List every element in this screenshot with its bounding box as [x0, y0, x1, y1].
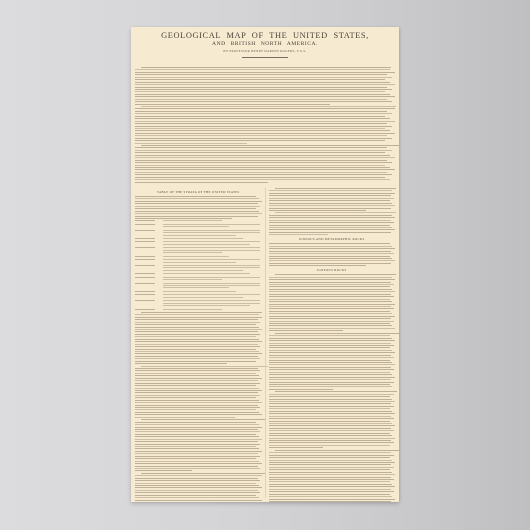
text-line [135, 380, 258, 381]
text-line [269, 445, 390, 446]
strata-description [163, 220, 262, 222]
text-line [135, 378, 262, 379]
text-line [269, 481, 390, 482]
text-line [269, 311, 390, 312]
text-line [135, 402, 262, 403]
text-line [269, 357, 394, 358]
text-line [135, 216, 258, 217]
text-line [269, 440, 392, 441]
text-line [135, 113, 392, 114]
text-line [135, 152, 385, 153]
text-line [269, 350, 393, 351]
document-poster: GEOLOGICAL MAP OF THE UNITED STATES, AND… [131, 27, 399, 502]
text-line [269, 416, 392, 417]
strata-description [163, 241, 262, 246]
text-line [269, 469, 390, 470]
text-line [135, 397, 256, 398]
text-line [135, 314, 259, 315]
text-line [269, 491, 394, 492]
text-line [135, 339, 259, 340]
text-line [135, 111, 387, 112]
text-line [269, 467, 394, 468]
text-line [269, 372, 390, 373]
text-line [135, 133, 395, 134]
text-line [269, 265, 366, 266]
text-line [135, 174, 392, 175]
text-line [269, 299, 390, 300]
text-line [269, 430, 394, 431]
text-line [135, 104, 330, 105]
text-line [135, 356, 258, 357]
text-line [269, 246, 393, 247]
right-column: IGNEOUS AND METAMORPHIC ROCKS IGNEOUS RO… [265, 188, 396, 498]
text-line [135, 363, 227, 364]
text-line [269, 232, 392, 233]
strata-label [135, 247, 163, 254]
strata-table-row [135, 283, 262, 290]
text-line [135, 128, 385, 129]
strata-description [163, 238, 262, 240]
strata-table-row [135, 294, 262, 299]
text-line [269, 460, 393, 461]
text-line [135, 319, 258, 320]
text-line [269, 442, 394, 443]
strata-description [163, 294, 262, 299]
text-line [269, 379, 392, 380]
text-line [135, 74, 387, 75]
text-line [269, 203, 393, 204]
text-line [269, 321, 394, 322]
document-title: GEOLOGICAL MAP OF THE UNITED STATES, [131, 31, 399, 40]
strata-label [135, 230, 163, 237]
text-line [269, 193, 396, 194]
text-line [135, 69, 390, 70]
left-body-text [135, 312, 262, 502]
strata-label [135, 309, 163, 311]
text-line [269, 301, 393, 302]
text-line [141, 366, 268, 367]
strata-label [135, 220, 163, 222]
text-line [269, 421, 390, 422]
text-line [135, 487, 262, 488]
strata-description [163, 259, 262, 264]
text-line [135, 427, 262, 428]
strata-label [135, 224, 163, 229]
strata-table-row [135, 241, 262, 246]
text-line [269, 328, 396, 329]
text-line [275, 188, 396, 189]
text-line [135, 165, 385, 166]
text-line [269, 499, 396, 500]
text-line [269, 340, 396, 341]
strata-label [135, 300, 163, 307]
text-line [135, 147, 387, 148]
strata-description [163, 273, 262, 275]
text-line [269, 330, 344, 331]
text-line [135, 349, 256, 350]
text-line [141, 312, 262, 313]
right-intro-text [269, 188, 396, 235]
text-line [135, 160, 387, 161]
text-line [135, 322, 260, 323]
text-line [269, 374, 393, 375]
text-line [135, 448, 259, 449]
text-line [269, 229, 396, 230]
strata-table-row [135, 273, 262, 275]
text-line [269, 433, 390, 434]
text-line [275, 274, 396, 275]
text-line [135, 392, 258, 393]
text-line [269, 462, 396, 463]
text-line [269, 234, 328, 235]
text-line [135, 483, 256, 484]
text-line [135, 331, 258, 332]
text-line [269, 253, 394, 254]
text-line [135, 206, 260, 207]
text-line [135, 478, 258, 479]
strata-table-row [135, 277, 262, 282]
text-line [141, 145, 399, 146]
igneous-rocks-heading: IGNEOUS ROCKS [269, 268, 396, 272]
text-line [269, 343, 392, 344]
text-line [135, 84, 395, 85]
text-line [269, 362, 393, 363]
text-line [135, 463, 262, 464]
text-line [269, 313, 393, 314]
text-line [135, 461, 259, 462]
text-line [269, 435, 393, 436]
strata-description [163, 247, 262, 254]
strata-table-row [135, 224, 262, 229]
text-line [135, 458, 256, 459]
text-line [135, 108, 395, 109]
text-line [135, 203, 258, 204]
igneous-rocks-text [269, 274, 396, 502]
text-line [135, 439, 262, 440]
text-line [269, 325, 393, 326]
text-line [141, 419, 266, 420]
text-line [269, 198, 394, 199]
strata-label [135, 277, 163, 282]
text-line [135, 157, 395, 158]
text-line [269, 452, 392, 453]
text-line [141, 67, 391, 68]
text-line [269, 205, 396, 206]
text-line [135, 72, 395, 73]
text-line [135, 353, 262, 354]
text-line [269, 457, 390, 458]
strata-table-row [135, 309, 262, 311]
text-line [135, 422, 256, 423]
text-line [135, 412, 259, 413]
text-line [135, 441, 258, 442]
text-line [269, 217, 396, 218]
text-line [269, 195, 392, 196]
text-line [135, 91, 385, 92]
text-line [135, 490, 258, 491]
text-line [269, 394, 394, 395]
text-line [135, 444, 260, 445]
strata-label [135, 273, 163, 275]
text-line [269, 477, 392, 478]
text-line [135, 351, 259, 352]
strata-label [135, 238, 163, 240]
text-line [135, 429, 258, 430]
text-line [135, 451, 262, 452]
text-line [135, 177, 385, 178]
strata-table-row [135, 265, 262, 272]
text-line [135, 150, 392, 151]
text-line [269, 479, 394, 480]
text-line [269, 222, 394, 223]
text-line [135, 407, 260, 408]
text-line [269, 447, 323, 448]
text-line [135, 475, 262, 476]
text-line [269, 243, 390, 244]
text-line [135, 495, 256, 496]
text-line [275, 450, 400, 451]
text-line [269, 289, 393, 290]
text-line [269, 486, 396, 487]
strata-label [135, 256, 163, 258]
text-line [135, 456, 260, 457]
text-line [135, 434, 256, 435]
text-line [135, 470, 192, 471]
text-line [135, 143, 247, 144]
document-subtitle: AND BRITISH NORTH AMERICA. [131, 41, 399, 47]
strata-label [135, 241, 163, 246]
text-line [135, 155, 390, 156]
text-line [269, 360, 390, 361]
text-line [269, 352, 396, 353]
text-line [135, 405, 258, 406]
text-line [135, 77, 392, 78]
text-line [135, 346, 260, 347]
strata-table-row [135, 300, 262, 307]
text-line [135, 485, 259, 486]
text-line [135, 500, 262, 501]
text-line [135, 324, 256, 325]
text-line [135, 99, 387, 100]
left-intro-text [135, 196, 262, 219]
text-line [269, 377, 396, 378]
text-line [269, 291, 396, 292]
text-line [135, 453, 258, 454]
strata-table-row [135, 291, 262, 293]
text-line [269, 369, 394, 370]
text-line [135, 370, 260, 371]
strata-description [163, 224, 262, 229]
text-line [135, 409, 256, 410]
text-line [269, 355, 392, 356]
text-line [269, 399, 393, 400]
text-line [269, 418, 394, 419]
strata-description [163, 230, 262, 237]
text-line [269, 284, 394, 285]
text-line [135, 492, 260, 493]
text-line [135, 118, 390, 119]
text-line [135, 162, 392, 163]
igneous-metamorphic-heading: IGNEOUS AND METAMORPHIC ROCKS [269, 237, 396, 241]
text-line [141, 473, 265, 474]
text-line [269, 411, 393, 412]
title-divider [242, 57, 288, 58]
text-line [269, 263, 392, 264]
text-line [135, 329, 262, 330]
text-line [269, 464, 392, 465]
strata-table-row [135, 259, 262, 264]
text-line [135, 424, 259, 425]
strata-label [135, 259, 163, 264]
text-line [269, 413, 396, 414]
text-line [269, 248, 396, 249]
text-line [135, 135, 387, 136]
text-line [269, 382, 394, 383]
text-line [269, 364, 396, 365]
text-line [135, 336, 256, 337]
text-line [269, 256, 390, 257]
text-line [269, 494, 390, 495]
text-line [135, 101, 392, 102]
text-line [269, 190, 393, 191]
text-line [269, 384, 390, 385]
text-line [269, 277, 393, 278]
text-line [135, 385, 256, 386]
text-line [135, 480, 260, 481]
strata-label [135, 294, 163, 299]
text-line [269, 294, 392, 295]
text-line [269, 296, 394, 297]
strata-table-row [135, 256, 262, 258]
document-byline: BY PROFESSOR HENRY DARWIN ROGERS, F.G.S. [131, 49, 399, 53]
strata-table-row [135, 238, 262, 240]
text-line [269, 227, 393, 228]
text-line [269, 496, 393, 497]
two-column-body: TABLE OF THE STRATA OF THE UNITED STATES… [135, 188, 395, 498]
text-line [135, 140, 385, 141]
text-line [135, 497, 259, 498]
intro-paragraph: The accompanying Map is designed to exhi… [135, 67, 395, 187]
text-line [269, 304, 396, 305]
text-line [269, 386, 393, 387]
strata-description [163, 277, 262, 282]
text-line [135, 208, 256, 209]
text-line [269, 428, 392, 429]
text-line [269, 347, 390, 348]
text-line [135, 358, 260, 359]
text-line [135, 317, 262, 318]
strata-description [163, 309, 262, 311]
text-line [135, 414, 262, 415]
strata-table-row [135, 230, 262, 237]
text-line [135, 361, 256, 362]
text-line [269, 335, 390, 336]
text-line [135, 383, 260, 384]
text-line [269, 484, 393, 485]
strata-table [135, 220, 262, 311]
text-line [135, 116, 385, 117]
strata-description [163, 265, 262, 272]
text-line [135, 182, 268, 183]
text-line [269, 338, 393, 339]
text-line [269, 318, 392, 319]
text-line [135, 82, 390, 83]
text-line [269, 489, 392, 490]
text-line [269, 282, 392, 283]
text-line [135, 334, 260, 335]
text-line [135, 123, 387, 124]
text-line [135, 79, 385, 80]
strata-table-row [135, 247, 262, 254]
text-line [269, 367, 392, 368]
strata-table-row [135, 220, 262, 222]
text-line [135, 172, 387, 173]
text-line [135, 375, 259, 376]
text-line [269, 323, 390, 324]
text-line [135, 395, 260, 396]
text-line [135, 466, 258, 467]
text-line [269, 279, 396, 280]
text-line [269, 210, 366, 211]
text-line [135, 218, 232, 219]
strata-description [163, 300, 262, 307]
igneous-metamorphic-text [269, 243, 396, 266]
text-line [135, 179, 390, 180]
text-line [269, 403, 392, 404]
text-line [135, 87, 387, 88]
text-line [275, 212, 396, 213]
text-line [135, 341, 262, 342]
text-line [269, 316, 396, 317]
text-line [135, 96, 395, 97]
intro-text-lines [135, 67, 395, 183]
strata-description [163, 291, 262, 293]
text-line [269, 260, 396, 261]
text-line [269, 286, 390, 287]
text-line [135, 436, 259, 437]
text-line [135, 368, 258, 369]
text-line [135, 400, 259, 401]
text-line [135, 431, 260, 432]
text-line [135, 138, 392, 139]
text-line [135, 468, 260, 469]
text-line [269, 408, 390, 409]
text-line [269, 200, 390, 201]
text-line [269, 258, 393, 259]
text-line [135, 94, 390, 95]
strata-table-heading: TABLE OF THE STRATA OF THE UNITED STATES [135, 190, 262, 194]
text-line [269, 345, 394, 346]
text-line [135, 213, 262, 214]
text-line [135, 388, 259, 389]
strata-label [135, 283, 163, 290]
text-line [269, 401, 396, 402]
text-line [269, 308, 394, 309]
text-line [269, 251, 392, 252]
strata-description [163, 256, 262, 258]
strata-description [163, 283, 262, 290]
text-line [269, 220, 392, 221]
left-column: TABLE OF THE STRATA OF THE UNITED STATES [135, 188, 265, 498]
text-line [269, 225, 390, 226]
strata-label [135, 265, 163, 272]
text-line [135, 167, 390, 168]
text-line [135, 196, 256, 197]
text-line [135, 89, 392, 90]
text-line [269, 455, 394, 456]
text-line [135, 198, 259, 199]
text-line [135, 130, 390, 131]
